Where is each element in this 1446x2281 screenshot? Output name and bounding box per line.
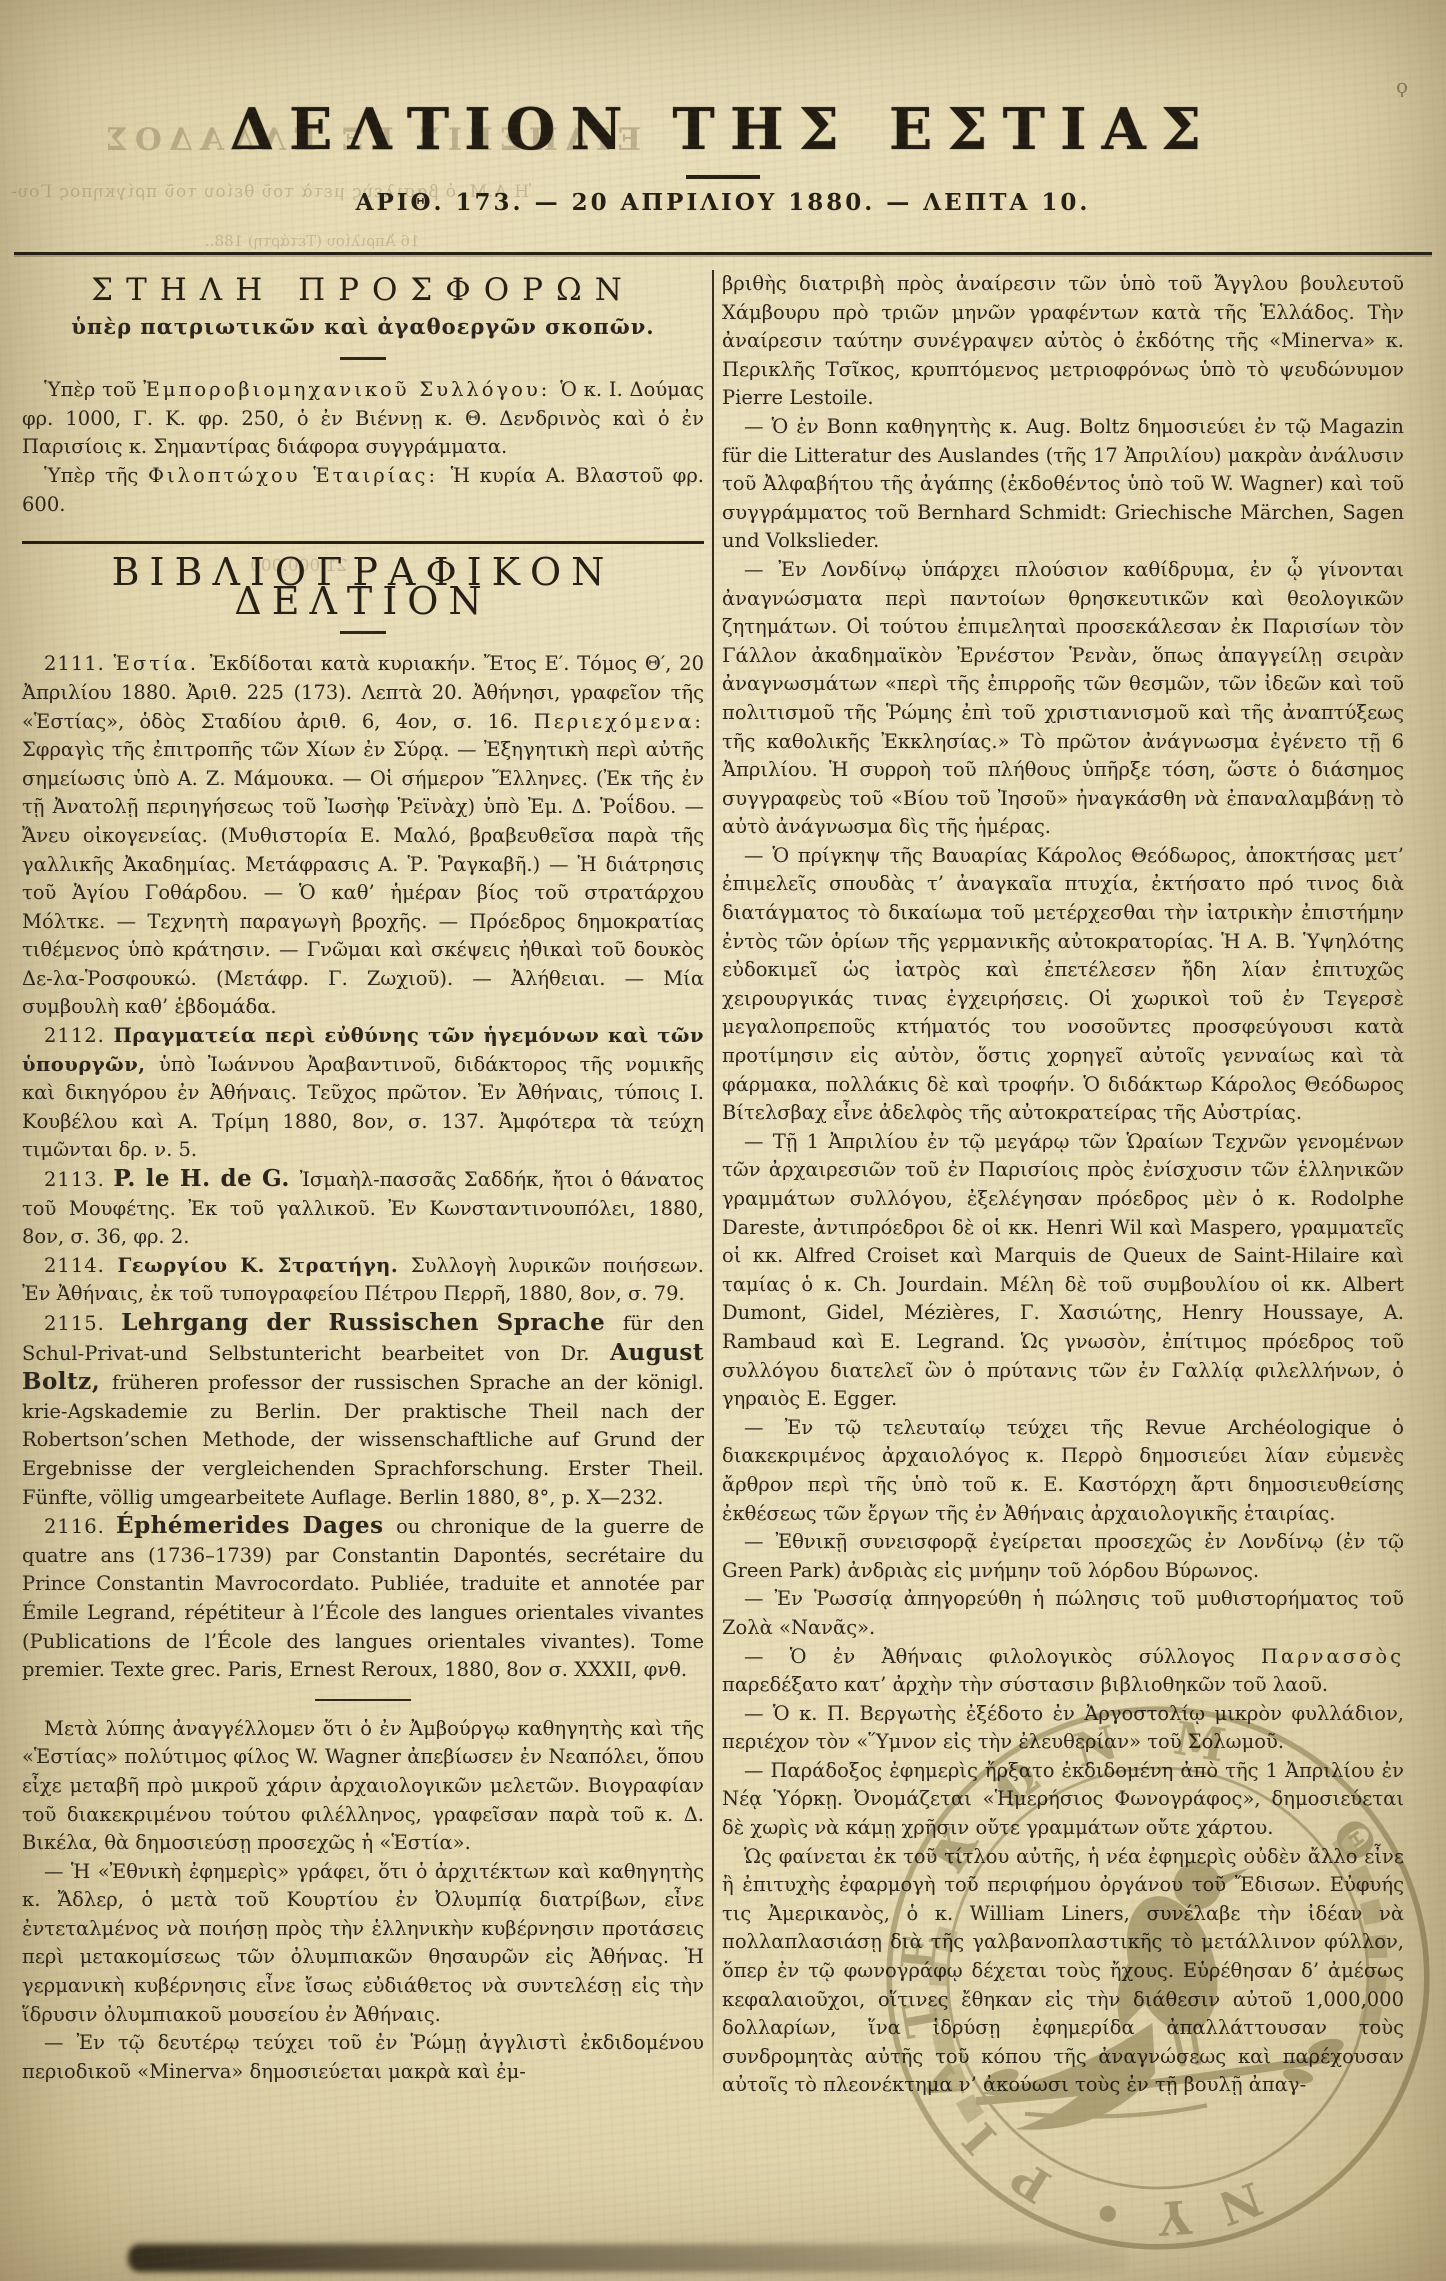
news-section-left: Μετὰ λύπης ἀναγγέλλομεν ὅτι ὁ ἐν Ἀμβούργ… <box>22 1715 704 2087</box>
offers-heading: ΣΤΗΛΗ ΠΡΟΣΦΟΡΩΝ <box>22 276 704 305</box>
news-paragraph: — Ἐν τῷ δευτέρῳ τεύχει τοῦ ἐν Ῥώμῃ ἀγγλι… <box>22 2029 704 2086</box>
text-segment: — Ἐν Λονδίνῳ ὑπάρχει πλούσιον καθίδρυμα,… <box>722 558 1404 838</box>
text-segment: früheren professor der russischen Sprach… <box>22 1371 704 1508</box>
right-column: βριθὴς διατριβὴ πρὸς ἀναίρεσιν τῶν ὑπὸ τ… <box>722 270 1404 2100</box>
text-segment: Φιλοπτώχου Ἑταιρίας: <box>148 464 451 487</box>
masthead-divider <box>686 175 760 179</box>
text-segment: Περιεχόμενα: <box>534 710 704 733</box>
offers-paragraph: Ὑπὲρ τῆς Φιλοπτώχου Ἑταιρίας: Ἡ κυρία Α.… <box>22 462 704 519</box>
text-segment: — Ὁ ἐν Ἀθήναις φιλολογικὸς σύλλογος <box>744 1645 1261 1668</box>
page-title: ΔΕΛΤΙΟΝ ΤΗΣ ΕΣΤΙΑΣ <box>0 96 1446 163</box>
news-paragraph: — Τῇ 1 Ἀπριλίου ἐν τῷ μεγάρῳ τῶν Ὡραίων … <box>722 1128 1404 1414</box>
news-paragraph: — Ἐν Λονδίνῳ ὑπάρχει πλούσιον καθίδρυμα,… <box>722 556 1404 842</box>
newspaper-page: ΕΙΔΗΣΕΙΣ ΕΞ ΕΛΛΑΔΟΣ Ἡ Α.Μ. ὁ βασιλεὺς με… <box>0 0 1446 2281</box>
text-segment: — Τῇ 1 Ἀπριλίου ἐν τῷ μεγάρῳ τῶν Ὡραίων … <box>722 1130 1404 1410</box>
text-segment: Ὑπὲρ τῆς <box>44 464 148 487</box>
scan-edge-shadow <box>128 2244 1128 2272</box>
section-divider <box>315 1699 411 1701</box>
text-segment: Ὑπὲρ τοῦ <box>44 378 143 401</box>
text-segment: Γεωργίου Κ. Στρατήγη. <box>117 1254 410 1277</box>
column-layout: ΣΤΗΛΗ ΠΡΟΣΦΟΡΩΝ ὑπὲρ πατριωτικῶν καὶ ἀγα… <box>22 270 1424 2100</box>
news-paragraph: — Ἐθνικῇ συνεισφορᾷ ἐγείρεται προσεχῶς ἐ… <box>722 1528 1404 1585</box>
text-segment: ou chronique de la guerre de quatre ans … <box>22 1515 704 1681</box>
biblio-entry: 2114. Γεωργίου Κ. Στρατήγη. Συλλογὴ λυρι… <box>22 1252 704 1309</box>
section-divider <box>340 631 386 634</box>
text-segment: — Παράδοξος ἐφημερὶς ἤρξατο ἐκδιδομένη ἀ… <box>722 1759 1404 1839</box>
text-segment: — Ἐθνικῇ συνεισφορᾷ ἐγείρεται προσεχῶς ἐ… <box>722 1530 1404 1582</box>
biblio-entry: 2115. Lehrgang der Russischen Sprache fü… <box>22 1309 704 1512</box>
column-divider <box>712 270 714 2100</box>
bibliography-heading: ΒΙΒΛΙΟΓΡΑΦΙΚΟΝ ΔΕΛΤΙΟΝ <box>22 558 704 615</box>
text-segment: 2114. <box>44 1254 117 1277</box>
stamp-letter: Ν <box>1211 2171 1269 2236</box>
biblio-entry: 2113. P. le H. de G. Ἰσμαὴλ-πασσᾶς Σαδδή… <box>22 1165 704 1252</box>
text-segment: Ἑστία. <box>114 652 210 675</box>
text-segment: P. le H. de G. <box>113 1165 299 1192</box>
text-segment: βριθὴς διατριβὴ πρὸς ἀναίρεσιν τῶν ὑπὸ τ… <box>722 272 1404 409</box>
text-segment: 2113. <box>44 1168 113 1191</box>
section-rule <box>22 541 704 544</box>
stamp-letter: Υ <box>1156 2189 1193 2245</box>
text-segment: Σφραγὶς τῆς ἐπιτροπῆς τῶν Χίων ἐν Σύρᾳ. … <box>22 738 704 1018</box>
bibliography-section: ΒΙΒΛΙΟΓΡΑΦΙΚΟΝ ΔΕΛΤΙΟΝ 2111. Ἑστία. Ἐκδί… <box>22 558 704 1685</box>
text-segment: — Ἐν Ῥωσσίᾳ ἀπηγορεύθη ἡ πώλησις τοῦ μυθ… <box>722 1587 1404 1639</box>
news-paragraph: — Ἐν τῷ τελευταίῳ τεύχει τῆς Revue Arché… <box>722 1414 1404 1528</box>
news-paragraph: — Ἐν Ῥωσσίᾳ ἀπηγορεύθη ἡ πώλησις τοῦ μυθ… <box>722 1585 1404 1642</box>
text-segment: — Ἐν τῷ τελευταίῳ τεύχει τῆς Revue Arché… <box>722 1416 1404 1525</box>
text-segment: Lehrgang der Russischen Sprache <box>121 1309 623 1336</box>
text-segment: Ἐμποροβιομηχανικοῦ Συλλόγου: <box>143 378 560 401</box>
text-segment: 2115. <box>44 1312 121 1335</box>
stamp-letter: Ρ <box>1002 2149 1060 2213</box>
masthead: ΔΕΛΤΙΟΝ ΤΗΣ ΕΣΤΙΑΣ ΑΡΙΘ. 173. — 20 ΑΠΡΙΛ… <box>0 96 1446 216</box>
header-rule <box>14 252 1432 255</box>
news-paragraph: βριθὴς διατριβὴ πρὸς ἀναίρεσιν τῶν ὑπὸ τ… <box>722 270 1404 413</box>
text-segment: 2116. <box>44 1515 116 1538</box>
news-paragraph: — Ὁ ἐν Ἀθήναις φιλολογικὸς σύλλογος Παρν… <box>722 1643 1404 1700</box>
section-divider <box>340 357 386 360</box>
text-segment: Μετὰ λύπης ἀναγγέλλομεν ὅτι ὁ ἐν Ἀμβούργ… <box>22 1717 704 1854</box>
news-paragraph: Μετὰ λύπης ἀναγγέλλομεν ὅτι ὁ ἐν Ἀμβούργ… <box>22 1715 704 1858</box>
text-segment: 2111. <box>44 652 114 675</box>
biblio-entry: 2111. Ἑστία. Ἐκδίδοται κατὰ κυριακήν. Ἔτ… <box>22 650 704 1022</box>
offers-section: ΣΤΗΛΗ ΠΡΟΣΦΟΡΩΝ ὑπὲρ πατριωτικῶν καὶ ἀγα… <box>22 276 704 519</box>
offers-paragraph: Ὑπὲρ τοῦ Ἐμποροβιομηχανικοῦ Συλλόγου: Ὁ … <box>22 376 704 462</box>
offers-subheading: ὑπὲρ πατριωτικῶν καὶ ἀγαθοεργῶν σκοπῶν. <box>22 313 704 342</box>
news-paragraph: — Ὁ ἐν Bonn καθηγητὴς κ. Aug. Boltz δημο… <box>722 413 1404 556</box>
text-segment: Ὡς φαίνεται ἐκ τοῦ τίτλου αὐτῆς, ἡ νέα ἐ… <box>722 1845 1404 2097</box>
bleedthrough-date: 16 Ἀπριλίου (Τετάρτη) 188.. <box>205 232 420 250</box>
stamp-letter: Ι <box>952 2113 1007 2165</box>
biblio-entry: 2116. Éphémerides Dages ou chronique de … <box>22 1512 704 1685</box>
text-segment: Éphémerides Dages <box>116 1512 396 1539</box>
news-paragraph: — Ὁ πρίγκηψ τῆς Βαυαρίας Κάρολος Θεόδωρο… <box>722 842 1404 1128</box>
news-paragraph: — Ἡ «Ἐθνικὴ ἐφημερὶς» γράφει, ὅτι ὁ ἀρχι… <box>22 1858 704 2030</box>
text-segment: — Ἐν τῷ δευτέρῳ τεύχει τοῦ ἐν Ῥώμῃ ἀγγλι… <box>22 2031 704 2083</box>
news-paragraph: Ὡς φαίνεται ἐκ τοῦ τίτλου αὐτῆς, ἡ νέα ἐ… <box>722 1843 1404 2100</box>
corner-mark: ϙ <box>1396 74 1408 98</box>
text-segment: — Ἡ «Ἐθνικὴ ἐφημερὶς» γράφει, ὅτι ὁ ἀρχι… <box>22 1860 704 2026</box>
news-paragraph: — Ὁ κ. Π. Βεργωτὴς ἐξέδοτο ἐν Ἀργοστολίῳ… <box>722 1700 1404 1757</box>
text-segment: — Ὁ ἐν Bonn καθηγητὴς κ. Aug. Boltz δημο… <box>722 415 1404 552</box>
left-column: ΣΤΗΛΗ ΠΡΟΣΦΟΡΩΝ ὑπὲρ πατριωτικῶν καὶ ἀγα… <box>22 270 704 2100</box>
biblio-entry: 2112. Πραγματεία περὶ εὐθύνης τῶν ἡγεμόν… <box>22 1022 704 1165</box>
stamp-letter: • <box>1088 2183 1128 2242</box>
text-segment: 2112. <box>44 1024 113 1047</box>
text-segment: — Ὁ πρίγκηψ τῆς Βαυαρίας Κάρολος Θεόδωρο… <box>722 844 1404 1124</box>
text-segment: Παρνασσὸς <box>1261 1645 1404 1668</box>
issue-line: ΑΡΙΘ. 173. — 20 ΑΠΡΙΛΙΟΥ 1880. — ΛΕΠΤΑ 1… <box>0 189 1446 216</box>
text-segment: — Ὁ κ. Π. Βεργωτὴς ἐξέδοτο ἐν Ἀργοστολίῳ… <box>722 1702 1404 1754</box>
news-paragraph: — Παράδοξος ἐφημερὶς ἤρξατο ἐκδιδομένη ἀ… <box>722 1757 1404 1843</box>
text-segment: παρεδέξατο κατ’ ἀρχὴν τὴν σύστασιν βιβλι… <box>722 1673 1328 1696</box>
